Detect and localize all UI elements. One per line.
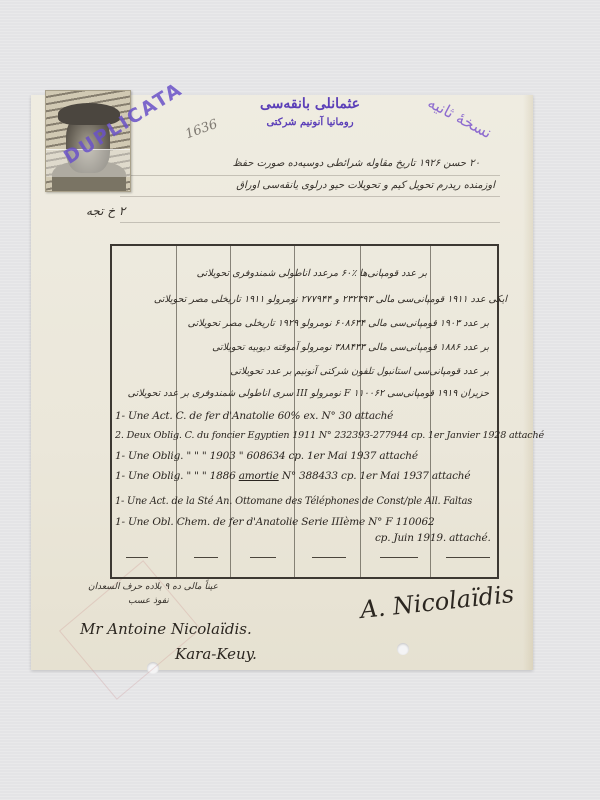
intro-line-1: ۲۰ حسن ۱۹۲۶ تاریخ مقاوله شرائطی دوسیه‌ده… xyxy=(233,158,480,169)
ledger-french-row: 1- Une Oblig. " " " 1903 " 608634 cp. 1e… xyxy=(115,450,418,462)
blank-dash xyxy=(126,557,148,558)
footer-arabic-note: عیناً مالی ده ۹ بلاده حرف السعدان xyxy=(88,582,218,592)
blank-dash xyxy=(250,557,276,558)
bank-header-subtitle: رومانیا آنونیم شرکتی xyxy=(250,117,370,128)
blank-dash xyxy=(194,557,218,558)
french-row-text: 1- Une Oblig. " " " 1886 xyxy=(115,470,239,482)
ledger-french-row: 2. Deux Oblig. C. du foncier Egyptien 19… xyxy=(115,430,544,441)
ledger-arabic-row: ایکی عدد ۱۹۱۱ قومپانی‌سی مالی ۲۳۲۳۹۳ و ۲… xyxy=(154,294,507,305)
blank-dash xyxy=(312,557,346,558)
blank-dash xyxy=(446,557,490,558)
recipient-name: Mr Antoine Nicolaïdis. xyxy=(80,620,252,638)
intro-line-2: اوزمنده ریدرم تحویل کیم و تحويلات حیو در… xyxy=(236,180,495,191)
french-row-text: N° 388433 cp. 1er Mai 1937 attaché xyxy=(279,470,471,482)
ruled-line xyxy=(120,222,500,223)
ledger-french-row: 1- Une Obl. Chem. de fer d'Anatolie Seri… xyxy=(115,516,434,528)
ledger-arabic-row: بر عدد قومپانی‌سی استانبول تلفون شرکتی آ… xyxy=(230,366,489,377)
ledger-french-row: 1- Une Oblig. " " " 1886 amortie N° 3884… xyxy=(115,470,470,482)
bank-header-title: عثمانلی بانقه‌سی xyxy=(225,96,395,112)
ledger-french-row: 1- Une Act. de la Sté An. Ottomane des T… xyxy=(115,496,472,507)
ruled-line xyxy=(120,196,500,197)
ruled-line xyxy=(120,175,500,176)
ledger-arabic-row: بر عدد ۱۸۸۶ قومپانی‌سی مالی ۳۸۸۴۳۳ نومرو… xyxy=(212,342,489,353)
footer-arabic-note-2: نفوذ عسب xyxy=(128,596,169,606)
ledger-arabic-row: حزیران ۱۹۱۹ قومپانی‌سی F ۱۱۰۰۶۲ نومرولو … xyxy=(128,388,489,399)
recipient-location: Kara-Keuy. xyxy=(175,645,257,663)
ledger-french-row: 1- Une Act. C. de fer d'Anatolie 60% ex.… xyxy=(115,410,393,422)
amortie-underlined: amortie xyxy=(239,470,279,482)
ledger-arabic-row: بر عدد ۱۹۰۳ قومپانی‌سی مالی ۶۰۸۶۳۴ نومرو… xyxy=(188,318,489,329)
ledger-french-row: cp. Juin 1919. attaché. xyxy=(375,532,491,544)
blank-dash xyxy=(380,557,418,558)
punch-hole xyxy=(397,643,409,655)
ledger-arabic-row: بر عدد قومپانی‌ها ٪۶۰ مرعدد اناطولی شمند… xyxy=(197,268,427,279)
intro-line-3: ۲ خ تجه xyxy=(86,204,125,218)
